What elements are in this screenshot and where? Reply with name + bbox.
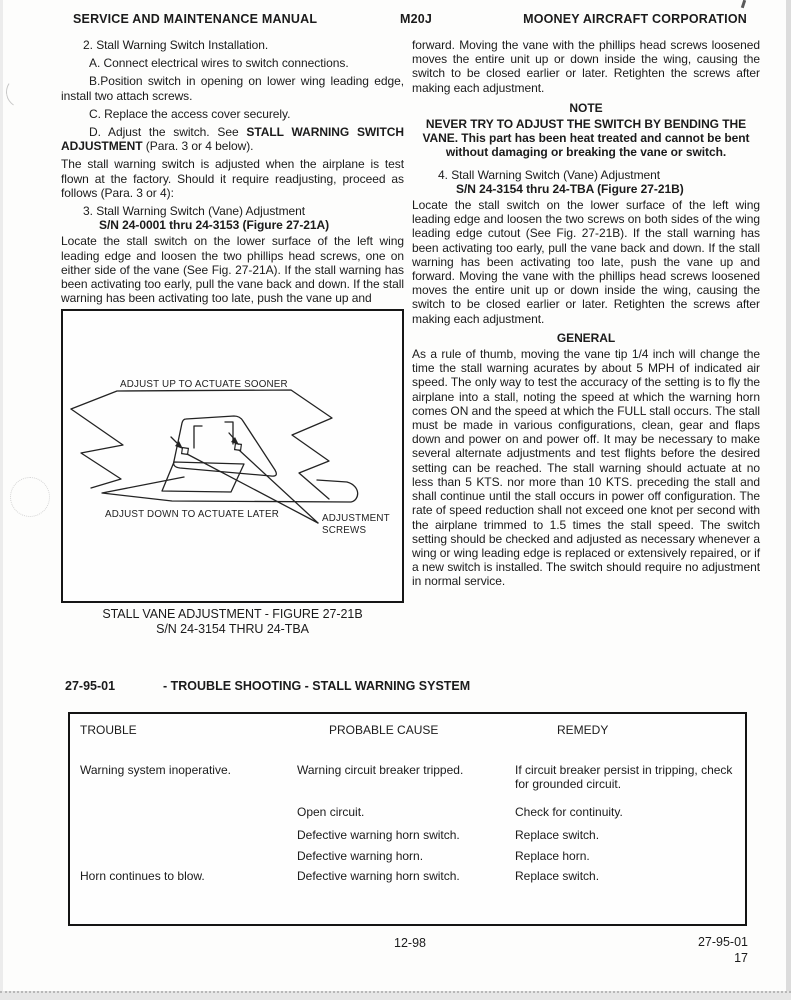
table-row: Horn continues to blow. Defective warnin… [80, 869, 745, 883]
item-a-connect-wires: A. Connect electrical wires to switch co… [61, 56, 404, 70]
model-code: M20J [400, 12, 432, 26]
note-body: NEVER TRY TO ADJUST THE SWITCH BY BENDIN… [420, 117, 752, 160]
trouble-cell: Horn continues to blow. [80, 869, 297, 883]
remedy-cell: Replace horn. [515, 849, 745, 869]
figure-label-adjust-down: ADJUST DOWN TO ACTUATE LATER [105, 509, 279, 520]
scan-edge-strip-left [0, 0, 3, 1000]
column-header-remedy: REMEDY [515, 723, 745, 737]
figure-label-adjustment: ADJUSTMENT [322, 513, 390, 524]
company-name: MOONEY AIRCRAFT CORPORATION [523, 12, 747, 26]
right-column: forward. Moving the vane with the philli… [412, 38, 760, 593]
scan-edge-strip-right [786, 0, 791, 1000]
section-title: - TROUBLE SHOOTING - STALL WARNING SYSTE… [163, 679, 470, 693]
adjust-up-arrow-tail [71, 409, 123, 488]
left-column: 2. Stall Warning Switch Installation. A.… [61, 38, 404, 637]
para-general-rule-of-thumb: As a rule of thumb, moving the vane tip … [412, 347, 760, 588]
figure-label-adjust-up: ADJUST UP TO ACTUATE SOONER [120, 379, 288, 390]
figure-label-screws: SCREWS [322, 525, 366, 536]
adjust-down-arrow-outline [102, 477, 358, 502]
para-forward-moving-vane: forward. Moving the vane with the philli… [412, 38, 760, 95]
general-heading: GENERAL [412, 331, 760, 345]
item-d-text-end: (Para. 3 or 4 below). [143, 139, 254, 153]
column-header-trouble: TROUBLE [80, 723, 297, 737]
hole-punch-artifact [10, 477, 50, 517]
trouble-cell [80, 805, 297, 828]
remedy-cell: Replace switch. [515, 869, 745, 883]
troubleshooting-table: TROUBLE PROBABLE CAUSE REMEDY Warning sy… [68, 712, 747, 926]
para-locate-stall-switch-3: Locate the stall switch on the lower sur… [61, 234, 404, 305]
item-3-serial-range: S/N 24-0001 thru 24-3153 (Figure 27-21A) [61, 218, 404, 232]
remedy-cell: If circuit breaker persist in tripping, … [515, 763, 745, 805]
manual-title: SERVICE AND MAINTENANCE MANUAL [73, 12, 317, 26]
table-header-row: TROUBLE PROBABLE CAUSE REMEDY [80, 723, 745, 737]
switch-bracket-left [194, 426, 202, 448]
scan-corner-mark [741, 0, 746, 8]
footer-section-number: 27-95-01 [698, 934, 748, 950]
item-d-text: D. Adjust the switch. See [89, 125, 246, 139]
para-locate-stall-switch-4: Locate the stall switch on the lower sur… [412, 198, 760, 326]
cause-cell: Warning circuit breaker tripped. [297, 763, 515, 805]
item-3-vane-adjustment-title: 3. Stall Warning Switch (Vane) Adjustmen… [61, 204, 404, 218]
trouble-cell [80, 849, 297, 869]
adjustment-screw-right [235, 444, 242, 451]
item-4-serial-range: S/N 24-3154 thru 24-TBA (Figure 27-21B) [412, 182, 760, 196]
page-bottom-dotted-line [0, 991, 791, 1000]
section-number: 27-95-01 [65, 679, 163, 693]
cause-cell: Defective warning horn switch. [297, 828, 515, 849]
remedy-cell: Check for continuity. [515, 805, 745, 828]
stall-vane-diagram: ADJUST UP TO ACTUATE SOONER ADJUSTMENT S… [63, 311, 397, 597]
note-heading: NOTE [412, 101, 760, 115]
item-4-vane-adjustment-title: 4. Stall Warning Switch (Vane) Adjustmen… [412, 168, 760, 182]
figure-caption-title: STALL VANE ADJUSTMENT - FIGURE 27-21B [61, 607, 404, 622]
item-2-stall-warning-switch-installation: 2. Stall Warning Switch Installation. [61, 38, 404, 52]
cause-cell: Open circuit. [297, 805, 515, 828]
remedy-cell: Replace switch. [515, 828, 745, 849]
cause-cell: Defective warning horn. [297, 849, 515, 869]
item-d-adjust-switch: D. Adjust the switch. See STALL WARNING … [61, 125, 404, 153]
troubleshooting-section-heading: 27-95-01 - TROUBLE SHOOTING - STALL WARN… [65, 679, 470, 693]
table-row: Defective warning horn. Replace horn. [80, 849, 745, 869]
trouble-cell: Warning system inoperative. [80, 763, 297, 805]
footer-page-block: 27-95-01 17 [698, 934, 748, 966]
table-row: Open circuit. Check for continuity. [80, 805, 745, 828]
item-c-replace-cover: C. Replace the access cover securely. [61, 107, 404, 121]
leading-edge-cutout-plate [174, 416, 277, 476]
table-row: Defective warning horn switch. Replace s… [80, 828, 745, 849]
item-b-position-switch: B.Position switch in opening on lower wi… [61, 74, 404, 102]
footer-page-number: 17 [698, 950, 748, 966]
footer-date: 12-98 [394, 936, 426, 950]
table-row: Warning system inoperative. Warning circ… [80, 763, 745, 805]
column-header-probable-cause: PROBABLE CAUSE [297, 723, 515, 737]
trouble-cell [80, 828, 297, 849]
para-switch-adjusted-at-factory: The stall warning switch is adjusted whe… [61, 157, 404, 200]
figure-stall-vane-adjustment: ADJUST UP TO ACTUATE SOONER ADJUSTMENT S… [61, 309, 404, 603]
figure-caption-serials: S/N 24-3154 THRU 24-TBA [61, 622, 404, 637]
cause-cell: Defective warning horn switch. [297, 869, 515, 883]
hole-punch-artifact [3, 73, 41, 111]
